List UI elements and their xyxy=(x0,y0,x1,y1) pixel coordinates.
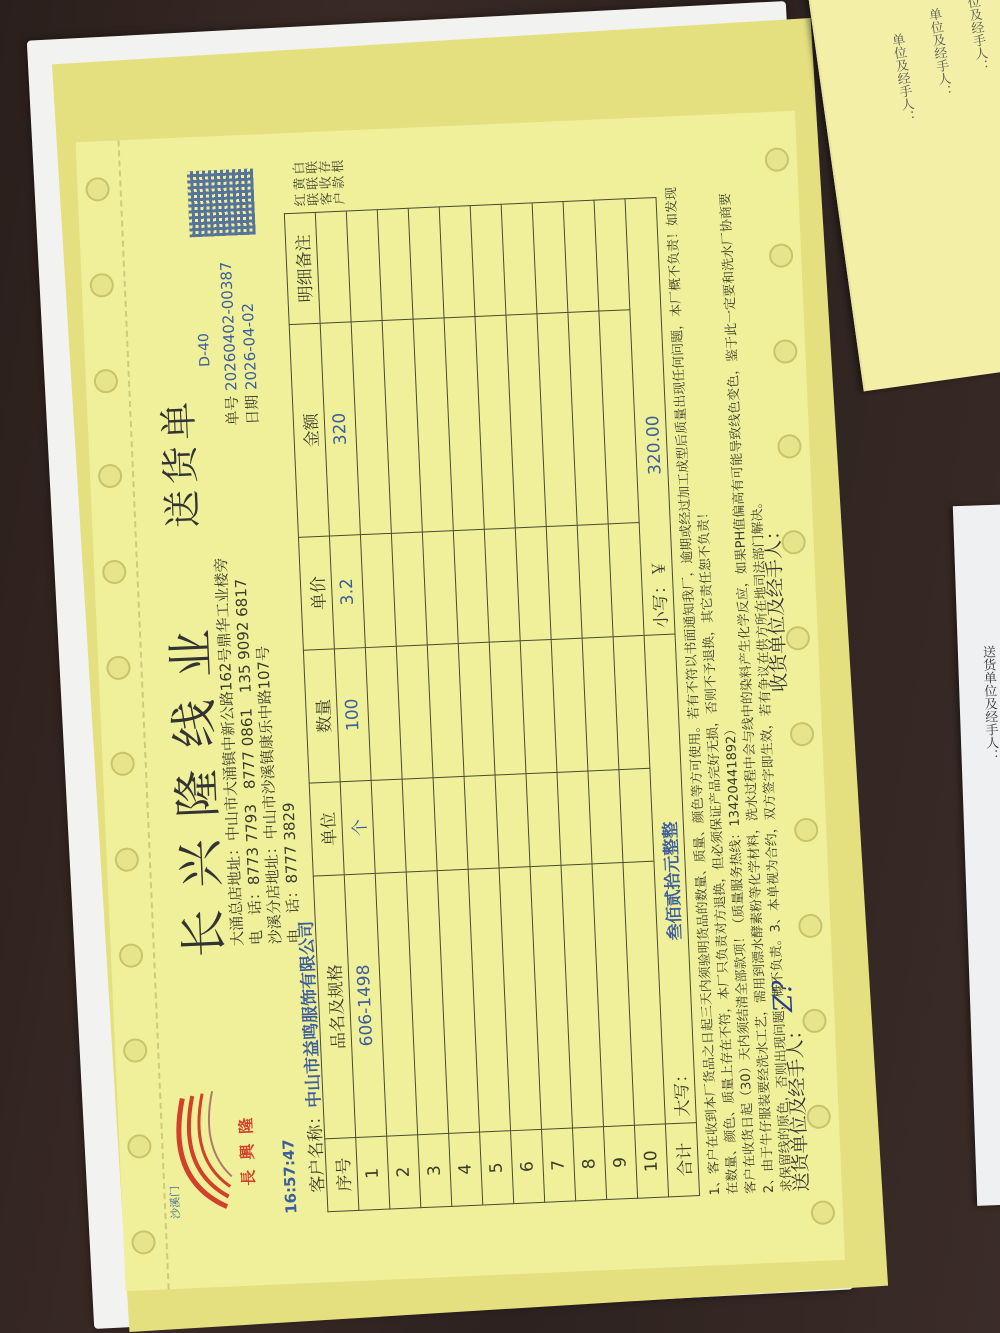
cell-seq: 7 xyxy=(542,1128,576,1202)
company-logo: 沙溪门 長興隆 xyxy=(161,1065,277,1220)
cell-note xyxy=(315,211,351,323)
qr-code-icon xyxy=(187,169,256,238)
phone-value: 8777 3829 xyxy=(280,802,302,884)
logo-brand-text: 長興隆 xyxy=(233,1107,259,1186)
logo-branch-text: 沙溪门 xyxy=(166,1186,183,1220)
document-type: 送货单 xyxy=(147,395,208,529)
order-no-label: 单号 xyxy=(223,395,242,426)
cell-seq: 1 xyxy=(356,1136,390,1210)
cell-seq: 6 xyxy=(511,1129,545,1203)
right-stack-sign-label-3: 单位及经手人： xyxy=(886,32,917,125)
cell-price: 3.2 xyxy=(329,535,365,649)
copy-labels: 白联存根 黄联收款 红联客户 xyxy=(292,159,376,203)
background-white-delivery-note: 送货单位及经手人： xyxy=(953,504,1000,1206)
cell-seq: 9 xyxy=(603,1125,637,1199)
total-upper-label: 大写： xyxy=(671,1065,693,1117)
total-upper-value: 叁佰贰拾元整整 xyxy=(660,821,685,941)
cell-seq: 4 xyxy=(449,1132,483,1206)
background-delivery-note-stack: 单位及经手人： 单位及经手人： 单位及经手人： xyxy=(808,0,1000,391)
cell-seq: 8 xyxy=(572,1127,606,1201)
cell-seq: 5 xyxy=(480,1131,514,1205)
phone-label: 电 话： xyxy=(245,885,266,946)
total-label: 合计 xyxy=(665,1123,699,1197)
date-label: 日期 xyxy=(243,394,262,425)
total-lower-label: 小写：￥ xyxy=(649,560,672,629)
print-time: 16:57:47 xyxy=(279,1139,300,1214)
col-unit: 单位 xyxy=(309,782,344,876)
cell-unit: 个 xyxy=(340,780,375,874)
right-paper-sign-label: 送货单位及经手人： xyxy=(978,645,1000,763)
right-stack-sign-label: 单位及经手人： xyxy=(960,0,991,74)
cell-seq: 3 xyxy=(418,1133,452,1207)
copy-red-customer: 红联客户 xyxy=(293,193,346,211)
cell-seq: 2 xyxy=(387,1135,421,1209)
col-note: 明细备注 xyxy=(284,212,320,324)
right-stack-sign-label-2: 单位及经手人： xyxy=(923,7,954,100)
company-addresses: 大涌总店地址：中山市大涌镇中新公路162号鼎华工业楼旁 电 话：8773 779… xyxy=(212,555,305,947)
total-lower-value: 320.00 xyxy=(642,415,665,475)
cell-seq: 10 xyxy=(634,1124,668,1198)
items-table: 序号 品名及规格 单位 数量 单价 金额 明细备注 1606-1498个1003… xyxy=(284,197,700,1212)
order-meta: 单号 20260402-00387 日期 2026-04-02 xyxy=(216,260,263,426)
delivery-note: 沙溪门 長興隆 长兴隆线业 送货单 大涌总店地址：中山市大涌镇中新公路162号鼎… xyxy=(76,111,845,1291)
form-code: D-40 xyxy=(196,333,213,367)
col-price: 单价 xyxy=(298,536,334,650)
col-seq: 序号 xyxy=(325,1137,359,1211)
date-value: 2026-04-02 xyxy=(239,303,261,391)
